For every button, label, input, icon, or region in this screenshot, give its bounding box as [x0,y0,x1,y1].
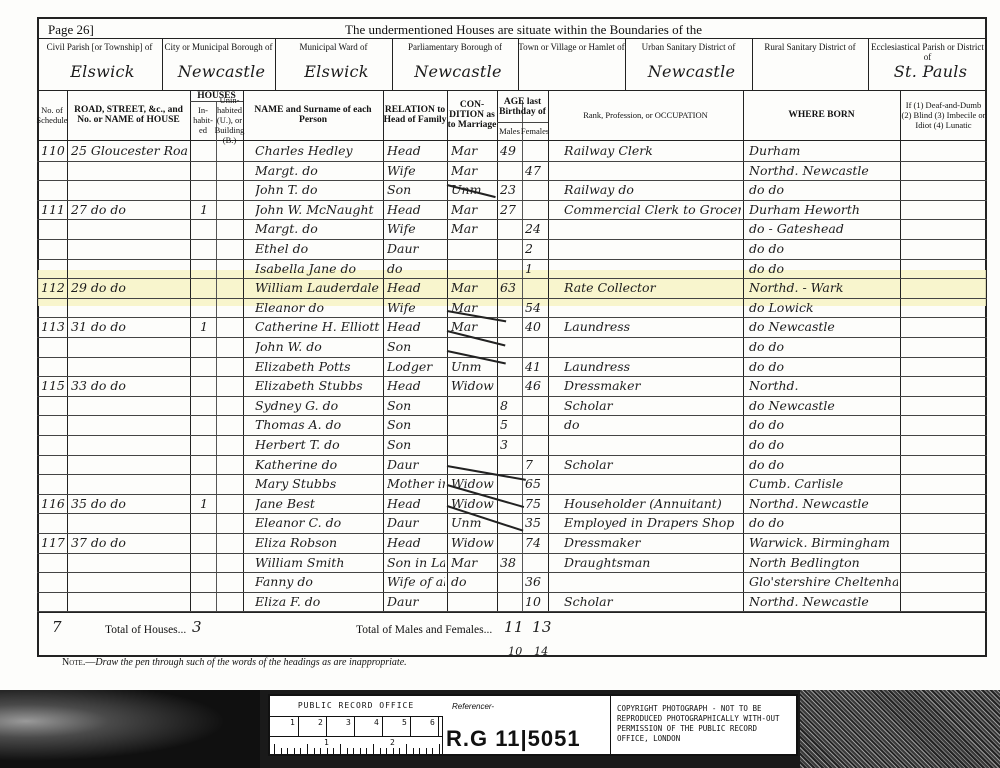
person-name: Mary Stubbs [255,476,381,491]
person-name: William Lauderdale [255,280,381,295]
occupation: Draughtsman [564,555,741,570]
row-divider [37,435,987,436]
row-divider [37,415,987,416]
relation: Head [387,202,445,217]
boundary-label: City or Municipal Borough of [162,42,275,52]
marital-condition: Mar [451,143,495,158]
row-divider [37,180,987,181]
ruler-tick [340,744,341,754]
schedule-number: 112 [41,280,65,295]
col-relation: RELATION to Head of Family [383,92,447,138]
person-name: John W. McNaught [255,202,381,217]
person-name: Isabella Jane do [255,261,381,276]
ruler-tick [419,748,420,754]
relation: Son [387,437,445,452]
reference-value: R.G 11|5051 [446,726,581,752]
row-divider [37,200,987,201]
ruler-number: 6 [430,718,435,727]
relation: Wife [387,163,445,178]
age-female: 46 [525,378,546,393]
person-name: Eleanor C. do [255,515,381,530]
birthplace: do do [749,261,898,276]
person-name: Fanny do [255,574,381,589]
marital-condition: Mar [451,555,495,570]
ruler-tick [386,748,387,754]
relation: Head [387,496,445,511]
age-female: 74 [525,535,546,550]
col-schedule: No. of Schedule [37,92,67,138]
row-divider [37,161,987,162]
row-divider [37,396,987,397]
person-name: Charles Hedley [255,143,381,158]
footnote-lead: Note.— [62,657,95,668]
total-persons-label: Total of Males and Females... [356,624,492,636]
ruler-divider [438,716,439,736]
birthplace: do do [749,339,898,354]
age-male: 49 [500,143,520,158]
person-name: Margt. do [255,221,381,236]
total-houses-label: Total of Houses... [105,624,186,636]
row-divider [37,298,987,299]
row-divider [37,494,987,495]
row-divider [37,317,987,318]
ruler-divider [382,716,383,736]
schedule-number: 116 [41,496,65,511]
col-females: Females [522,123,548,138]
row-divider [37,455,987,456]
ruler-tick [406,744,407,754]
ruler-tick [399,748,400,754]
boundary-value: Elswick [47,62,158,81]
reference-label: Referencer- [452,702,494,711]
row-divider [37,592,987,593]
row-divider [37,572,987,573]
marital-condition: Mar [451,202,495,217]
row-divider [37,259,987,260]
ruler-tick [439,744,440,754]
ruler: 12345612 [270,716,443,756]
relation: Daur [387,241,445,256]
ruler-tick [380,748,381,754]
birthplace: do Newcastle [749,398,898,413]
relation: Daur [387,515,445,530]
page-number: Page 26] [48,22,94,38]
col-uninhabited: Unin-habited (U.), or Building (B.) [216,102,243,138]
age-female: 24 [525,221,546,236]
col-road: ROAD, STREET, &c., and No. or NAME of HO… [67,92,190,138]
boundary-label: Rural Sanitary District of [752,42,868,52]
row-divider [37,513,987,514]
occupation: Railway do [564,182,741,197]
person-name: John W. do [255,339,381,354]
ruler-tick [281,748,282,754]
relation: Daur [387,594,445,609]
boundary-label: Urban Sanitary District of [625,42,752,52]
relation: Head [387,143,445,158]
col-condition: CON-DITION as to Marriage [447,92,497,138]
relation: Son [387,182,445,197]
schedule-number: 111 [41,202,65,217]
relation: Wife [387,300,445,315]
row-divider [37,553,987,554]
occupation: Laundress [564,359,741,374]
age-male: 5 [500,417,520,432]
relation: Daur [387,457,445,472]
ruler-tick [393,748,394,754]
birthplace: do do [749,359,898,374]
boundary-label: Civil Parish [or Township] of [37,42,162,52]
person-name: Eliza Robson [255,535,381,550]
col-males: Males [497,123,522,138]
ruler-divider [270,736,442,737]
address: 27 do do [71,202,188,217]
birthplace: do Lowick [749,300,898,315]
birthplace: do do [749,437,898,452]
address: 35 do do [71,496,188,511]
occupation: Scholar [564,398,741,413]
occupation: Dressmaker [564,535,741,550]
film-border-right [800,690,1000,768]
divider [37,38,987,39]
marital-condition: Widow [451,378,495,393]
address: 37 do do [71,535,188,550]
ruler-tick [320,748,321,754]
person-name: Eliza F. do [255,594,381,609]
age-male: 38 [500,555,520,570]
boundary-value: Newcastle [635,62,748,81]
ruler-number: 3 [346,718,351,727]
birthplace: Northd. - Wark [749,280,898,295]
boundary-value: Elswick [285,62,388,81]
person-name: John T. do [255,182,381,197]
col-where-born: WHERE BORN [743,92,900,138]
occupation: Commercial Clerk to Grocer [564,202,741,217]
ruler-divider [354,716,355,736]
ruler-tick [373,744,374,754]
person-name: Elizabeth Potts [255,359,381,374]
person-name: William Smith [255,555,381,570]
birthplace: do do [749,515,898,530]
ruler-number: 2 [318,718,323,727]
schedule-number: 110 [41,143,65,158]
ruler-tick [366,748,367,754]
boundary-value: Newcastle [172,62,271,81]
scale-number: 1 [324,738,329,747]
age-female: 47 [525,163,546,178]
record-office-title: PUBLIC RECORD OFFICE [270,696,442,717]
relation: Head [387,280,445,295]
age-female: 65 [525,476,546,491]
relation: Head [387,535,445,550]
inhabited-count: 1 [200,319,214,334]
margin-mark: 7 [52,618,62,636]
ruler-number: 4 [374,718,379,727]
marital-condition: Mar [451,221,495,236]
birthplace: Northd. [749,378,898,393]
relation: Son [387,339,445,354]
ruler-tick [426,748,427,754]
ruler-tick [287,748,288,754]
ruler-tick [327,748,328,754]
address: 31 do do [71,319,188,334]
age-male: 27 [500,202,520,217]
boundary-label: Municipal Ward of [275,42,392,52]
scale-number: 2 [390,738,395,747]
person-name: Herbert T. do [255,437,381,452]
boundary-label: Ecclesiastical Parish or District of [868,42,987,62]
relation: Mother in Law [387,476,445,491]
relation: Lodger [387,359,445,374]
relation: Son in Law [387,555,445,570]
row-divider [37,357,987,358]
ruler-tick [360,748,361,754]
occupation: do [564,417,741,432]
ruler-tick [432,748,433,754]
birthplace: Northd. Newcastle [749,163,898,178]
copyright-notice: COPYRIGHT PHOTOGRAPH - NOT TO BE REPRODU… [610,696,796,754]
record-office-label: PUBLIC RECORD OFFICE 12345612 Referencer… [268,694,798,756]
age-male: 63 [500,280,520,295]
inhabited-count: 1 [200,202,214,217]
total-males-value: 11 [504,618,524,636]
occupation: Scholar [564,457,741,472]
ruler-tick [353,748,354,754]
occupation: Scholar [564,594,741,609]
occupation: Laundress [564,319,741,334]
age-female: 35 [525,515,546,530]
age-male: 3 [500,437,520,452]
ruler-divider [410,716,411,736]
ruler-tick [314,748,315,754]
address: 25 Gloucester Road [71,143,188,158]
age-female: 2 [525,241,546,256]
person-name: Katherine do [255,457,381,472]
birthplace: do Newcastle [749,319,898,334]
birthplace: do do [749,417,898,432]
ruler-tick [274,744,275,754]
relation: Son [387,417,445,432]
row-divider [37,376,987,377]
age-female: 40 [525,319,546,334]
birthplace: Cumb. Carlisle [749,476,898,491]
ruler-tick [307,744,308,754]
person-name: Catherine H. Elliott [255,319,381,334]
schedule-number: 113 [41,319,65,334]
ruler-tick [347,748,348,754]
person-name: Margt. do [255,163,381,178]
relation: Son [387,398,445,413]
marital-condition: Mar [451,280,495,295]
age-male: 8 [500,398,520,413]
footnote: Note.—Draw the pen through such of the w… [62,657,407,668]
relation: Head [387,378,445,393]
ruler-divider [298,716,299,736]
occupation: Rate Collector [564,280,741,295]
row-divider [37,239,987,240]
birthplace: Durham [749,143,898,158]
person-name: Elizabeth Stubbs [255,378,381,393]
ruler-divider [326,716,327,736]
col-occupation: Rank, Profession, or OCCUPATION [548,92,743,138]
address: 29 do do [71,280,188,295]
person-name: Ethel do [255,241,381,256]
birthplace: do do [749,182,898,197]
row-divider [37,474,987,475]
col-inhabited: In-habit-ed [190,102,216,138]
marital-condition: Mar [451,163,495,178]
row-divider [37,278,987,279]
age-female: 75 [525,496,546,511]
person-name: Thomas A. do [255,417,381,432]
ruler-tick [300,748,301,754]
schedule-number: 117 [41,535,65,550]
ruler-tick [294,748,295,754]
address: 33 do do [71,378,188,393]
relation: Wife [387,221,445,236]
birthplace: North Bedlington [749,555,898,570]
relation: Wife of above [387,574,445,589]
birthplace: Durham Heworth [749,202,898,217]
footnote-body: Draw the pen through such of the words o… [95,657,406,668]
birthplace: Northd. Newcastle [749,496,898,511]
ruler-tick [333,748,334,754]
birthplace: do do [749,241,898,256]
divider [37,90,987,91]
birthplace: Warwick. Birmingham [749,535,898,550]
age-female: 10 [525,594,546,609]
birthplace: Glo'stershire Cheltenham [749,574,898,589]
age-female: 1 [525,261,546,276]
occupation: Dressmaker [564,378,741,393]
page-title: The undermentioned Houses are situate wi… [345,22,702,38]
age-female: 54 [525,300,546,315]
age-male: 23 [500,182,520,197]
birthplace: do - Gateshead [749,221,898,236]
relation: do [387,261,445,276]
ruler-number: 5 [402,718,407,727]
relation: Head [387,319,445,334]
age-female: 36 [525,574,546,589]
occupation: Householder (Annuitant) [564,496,741,511]
ruler-number: 1 [290,718,295,727]
row-divider [37,611,987,612]
boundary-label: Parliamentary Borough of [392,42,518,52]
col-infirmity: If (1) Deaf-and-Dumb (2) Blind (3) Imbec… [900,92,987,138]
row-divider [37,533,987,534]
total-females-corrected: 14 [534,645,549,658]
divider [37,140,987,141]
marital-condition: do [451,574,495,589]
inhabited-count: 1 [200,496,214,511]
col-age: AGE last Birthday of [497,92,548,122]
boundary-value: St. Pauls [878,62,983,81]
total-females-value: 13 [532,618,552,636]
birthplace: Northd. Newcastle [749,594,898,609]
age-female: 41 [525,359,546,374]
col-name: NAME and Surname of each Person [243,92,383,138]
ruler-tick [413,748,414,754]
birthplace: do do [749,457,898,472]
boundary-value: Newcastle [402,62,514,81]
film-border-left [0,690,260,768]
age-female: 7 [525,457,546,472]
schedule-number: 115 [41,378,65,393]
total-houses-value: 3 [192,618,202,636]
row-divider [37,219,987,220]
occupation: Employed in Drapers Shop [564,515,741,530]
total-males-corrected: 10 [508,645,523,658]
boundary-label: Town or Village or Hamlet of [518,42,625,52]
marital-condition: Widow [451,535,495,550]
row-divider [37,337,987,338]
person-name: Jane Best [255,496,381,511]
person-name: Eleanor do [255,300,381,315]
occupation: Railway Clerk [564,143,741,158]
person-name: Sydney G. do [255,398,381,413]
